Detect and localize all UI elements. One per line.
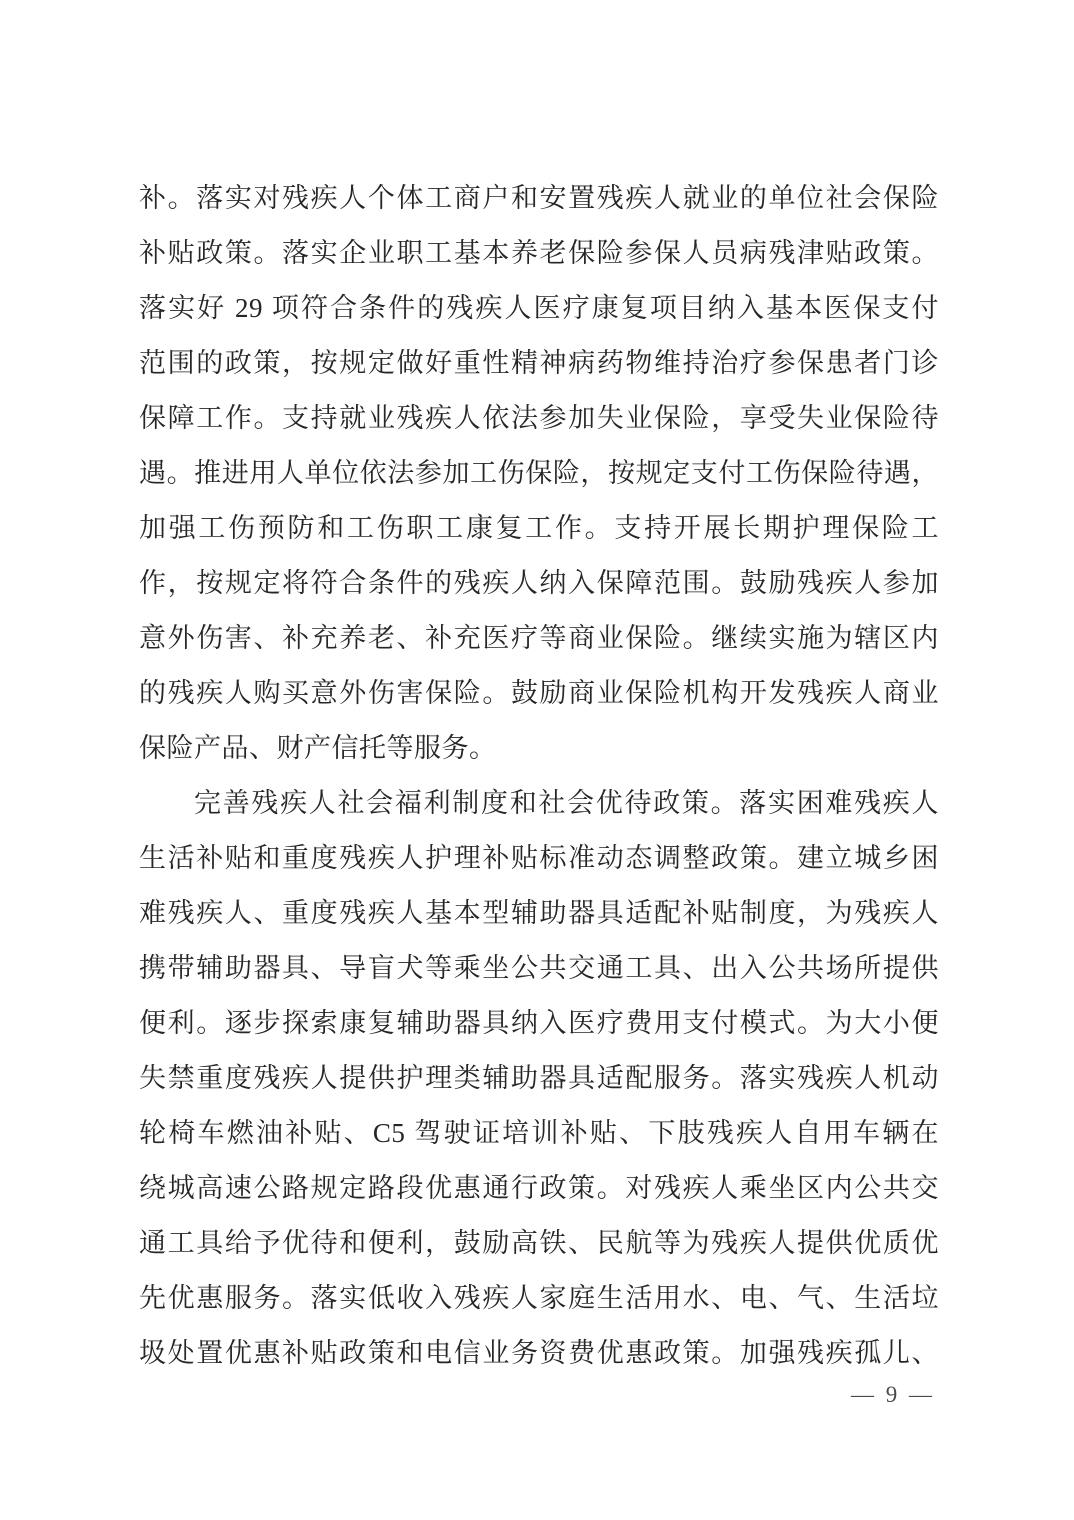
text-block: 补。落实对残疾人个体工商户和安置残疾人就业的单位社会保险 补贴政策。落实企业职工… (139, 171, 939, 1381)
text-line: 补。落实对残疾人个体工商户和安置残疾人就业的单位社会保险 (139, 171, 939, 226)
text-line: 通工具给予优待和便利，鼓励高铁、民航等为残疾人提供优质优 (139, 1216, 939, 1271)
text-line: 范围的政策，按规定做好重性精神病药物维持治疗参保患者门诊 (139, 336, 939, 391)
text-line: 便利。逐步探索康复辅助器具纳入医疗费用支付模式。为大小便 (139, 996, 939, 1051)
paragraph-social-insurance: 补。落实对残疾人个体工商户和安置残疾人就业的单位社会保险 补贴政策。落实企业职工… (139, 171, 939, 776)
text-line: 携带辅助器具、导盲犬等乘坐公共交通工具、出入公共场所提供 (139, 941, 939, 996)
text-line: 绕城高速公路规定路段优惠通行政策。对残疾人乘坐区内公共交 (139, 1161, 939, 1216)
text-line: 的残疾人购买意外伤害保险。鼓励商业保险机构开发残疾人商业 (139, 666, 939, 721)
text-line: 保障工作。支持就业残疾人依法参加失业保险，享受失业保险待 (139, 391, 939, 446)
text-line: 先优惠服务。落实低收入残疾人家庭生活用水、电、气、生活垃 (139, 1271, 939, 1326)
text-line: 意外伤害、补充养老、补充医疗等商业保险。继续实施为辖区内 (139, 611, 939, 666)
text-line: 作，按规定将符合条件的残疾人纳入保障范围。鼓励残疾人参加 (139, 556, 939, 611)
document-page: 补。落实对残疾人个体工商户和安置残疾人就业的单位社会保险 补贴政策。落实企业职工… (0, 0, 1074, 1520)
text-line: 补贴政策。落实企业职工基本养老保险参保人员病残津贴政策。 (139, 226, 939, 281)
text-line: 难残疾人、重度残疾人基本型辅助器具适配补贴制度，为残疾人 (139, 886, 939, 941)
text-line: 加强工伤预防和工伤职工康复工作。支持开展长期护理保险工 (139, 501, 939, 556)
page-number: — 9 — (851, 1378, 935, 1412)
text-line: 保险产品、财产信托等服务。 (139, 721, 939, 776)
text-line: 圾处置优惠补贴政策和电信业务资费优惠政策。加强残疾孤儿、 (139, 1326, 939, 1381)
text-line: 生活补贴和重度残疾人护理补贴标准动态调整政策。建立城乡困 (139, 831, 939, 886)
paragraph-social-welfare: 完善残疾人社会福利制度和社会优待政策。落实困难残疾人 生活补贴和重度残疾人护理补… (139, 776, 939, 1381)
text-line: 遇。推进用人单位依法参加工伤保险，按规定支付工伤保险待遇， (139, 446, 939, 501)
text-line: 轮椅车燃油补贴、C5 驾驶证培训补贴、下肢残疾人自用车辆在 (139, 1106, 939, 1161)
text-line: 落实好 29 项符合条件的残疾人医疗康复项目纳入基本医保支付 (139, 281, 939, 336)
text-line: 失禁重度残疾人提供护理类辅助器具适配服务。落实残疾人机动 (139, 1051, 939, 1106)
text-line: 完善残疾人社会福利制度和社会优待政策。落实困难残疾人 (139, 776, 939, 831)
